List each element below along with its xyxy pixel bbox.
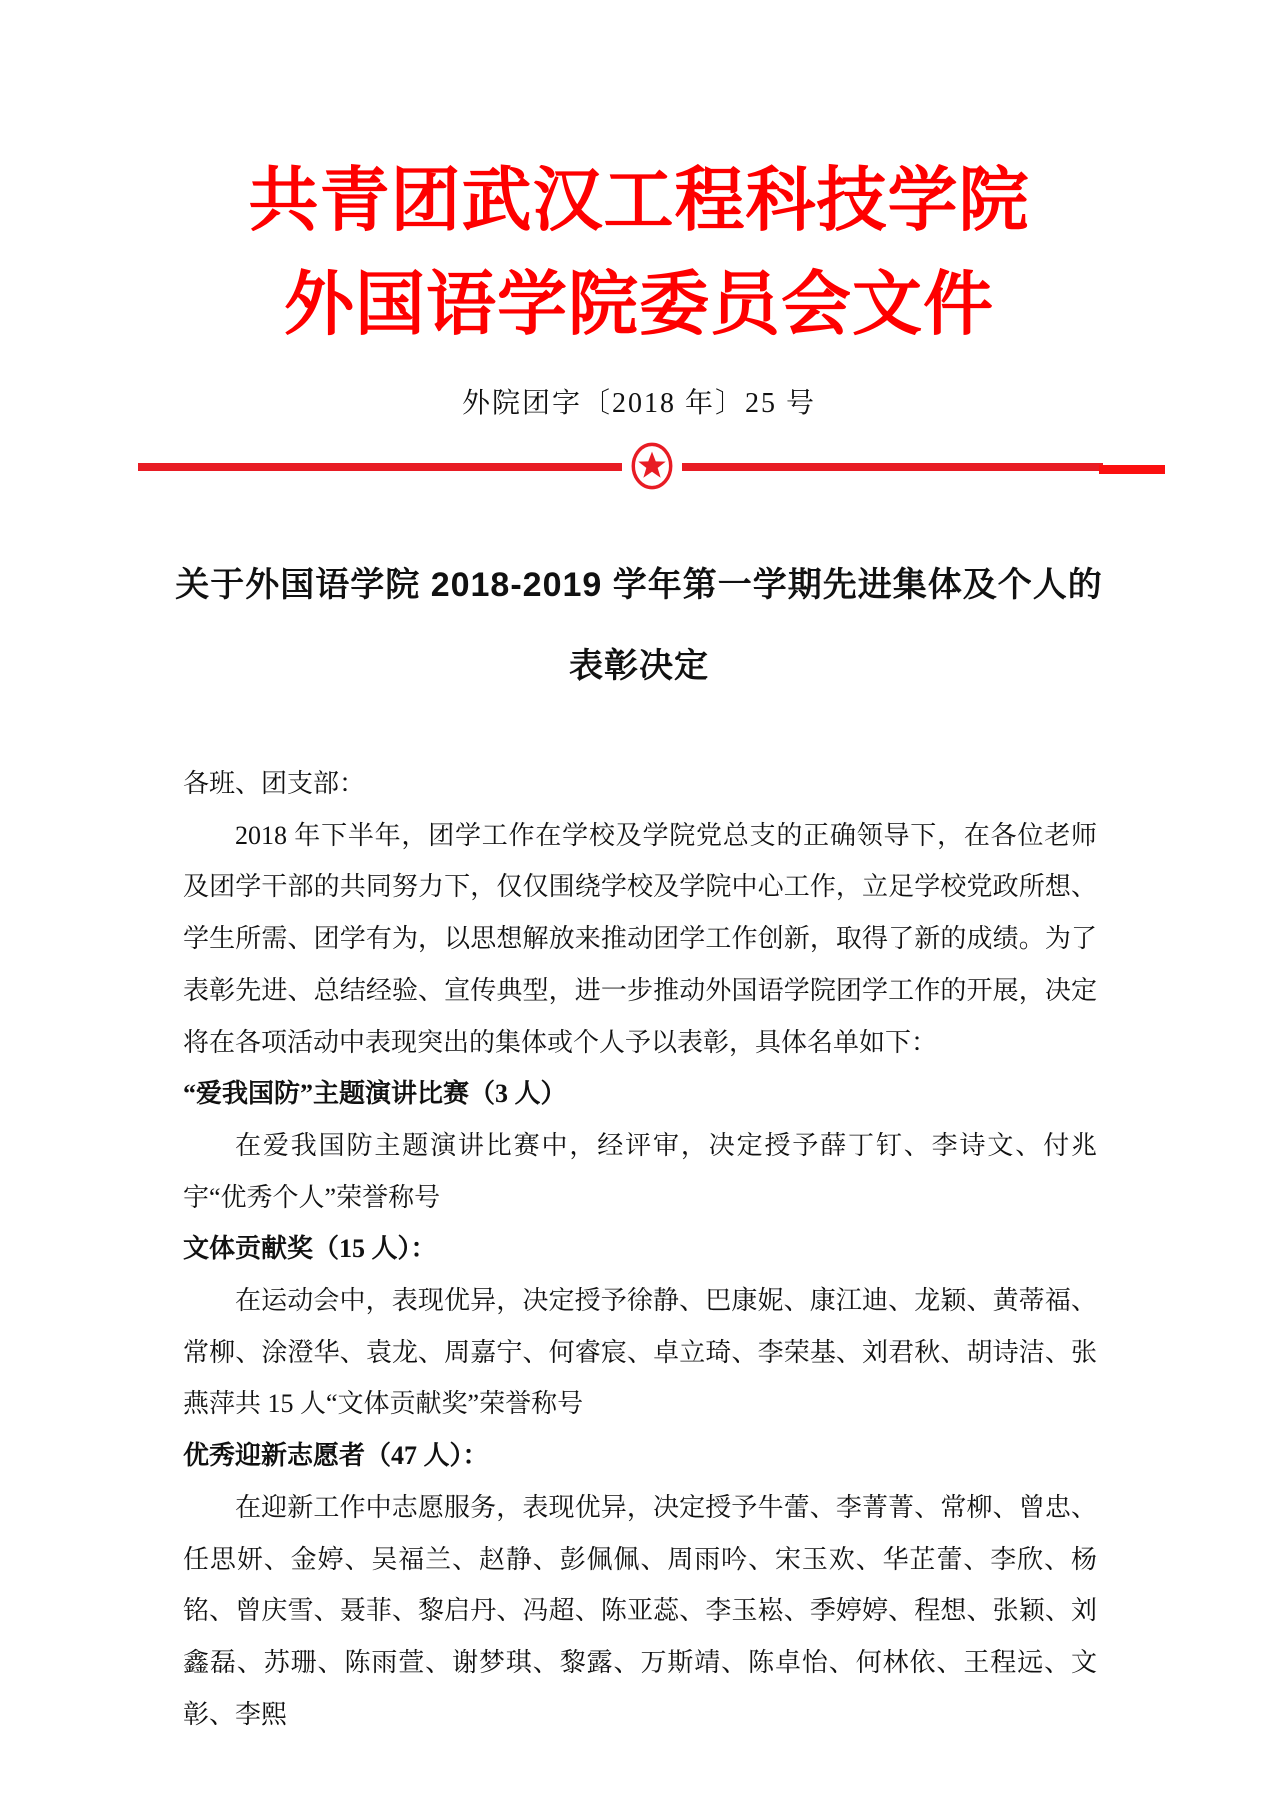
award-paragraph-sports-contribution: 在运动会中，表现优异，决定授予徐静、巴康妮、康江迪、龙颖、黄蒂福、常柳、涂澄华、…: [183, 1275, 1097, 1430]
salutation: 各班、团支部：: [183, 758, 1097, 810]
letterhead-line1: 共青团武汉工程科技学院: [0, 150, 1278, 254]
divider-line-right: [682, 463, 1104, 471]
intro-paragraph: 2018 年下半年，团学工作在学校及学院党总支的正确领导下，在各位老师及团学干部…: [183, 810, 1097, 1069]
award-paragraph-speech-contest: 在爱我国防主题演讲比赛中，经评审，决定授予薛丁钉、李诗文、付兆宇“优秀个人”荣誉…: [183, 1120, 1097, 1223]
divider-line-left: [138, 463, 622, 471]
award-heading-volunteers: 优秀迎新志愿者（47 人）：: [183, 1430, 1097, 1482]
document-body: 各班、团支部： 2018 年下半年，团学工作在学校及学院党总支的正确领导下，在各…: [183, 758, 1097, 1740]
letterhead-line2: 外国语学院委员会文件: [0, 254, 1278, 358]
document-title-line1: 关于外国语学院 2018-2019 学年第一学期先进集体及个人的: [140, 545, 1138, 626]
red-divider-rule: [138, 442, 1165, 490]
document-page: 共青团武汉工程科技学院 外国语学院委员会文件 外院团字〔2018 年〕25 号 …: [0, 0, 1278, 1793]
document-title: 关于外国语学院 2018-2019 学年第一学期先进集体及个人的 表彰决定: [140, 545, 1138, 707]
star-emblem-icon: [630, 442, 674, 490]
award-paragraph-volunteers: 在迎新工作中志愿服务，表现优异，决定授予牛蕾、李菁菁、常柳、曾忠、任思妍、金婷、…: [183, 1482, 1097, 1741]
document-title-line2: 表彰决定: [140, 626, 1138, 707]
divider-line-endcap: [1099, 465, 1165, 474]
letterhead: 共青团武汉工程科技学院 外国语学院委员会文件: [0, 150, 1278, 358]
document-number: 外院团字〔2018 年〕25 号: [0, 384, 1278, 424]
award-heading-speech-contest: “爱我国防”主题演讲比赛（3 人）: [183, 1068, 1097, 1120]
award-heading-sports-contribution: 文体贡献奖（15 人）：: [183, 1223, 1097, 1275]
